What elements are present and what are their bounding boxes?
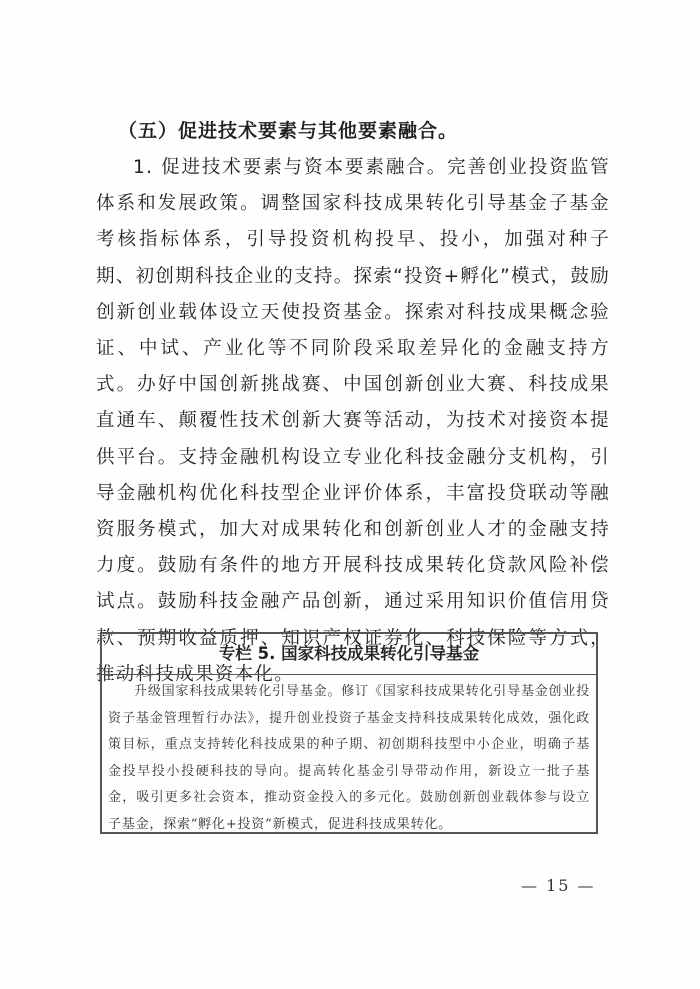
callout-title: 专栏 5. 国家科技成果转化引导基金	[102, 634, 596, 675]
callout-body: 升级国家科技成果转化引导基金。修订《国家科技成果转化引导基金创业投资子基金管理暂…	[102, 675, 596, 838]
callout-box: 专栏 5. 国家科技成果转化引导基金 升级国家科技成果转化引导基金。修订《国家科…	[100, 632, 598, 834]
document-page: （五）促进技术要素与其他要素融合。 1. 促进技术要素与资本要素融合。完善创业投…	[0, 0, 700, 989]
section-heading: （五）促进技术要素与其他要素融合。	[118, 118, 618, 144]
page-number: — 15 —	[521, 876, 596, 895]
body-paragraph: 1. 促进技术要素与资本要素融合。完善创业投资监管体系和发展政策。调整国家科技成…	[96, 150, 610, 693]
